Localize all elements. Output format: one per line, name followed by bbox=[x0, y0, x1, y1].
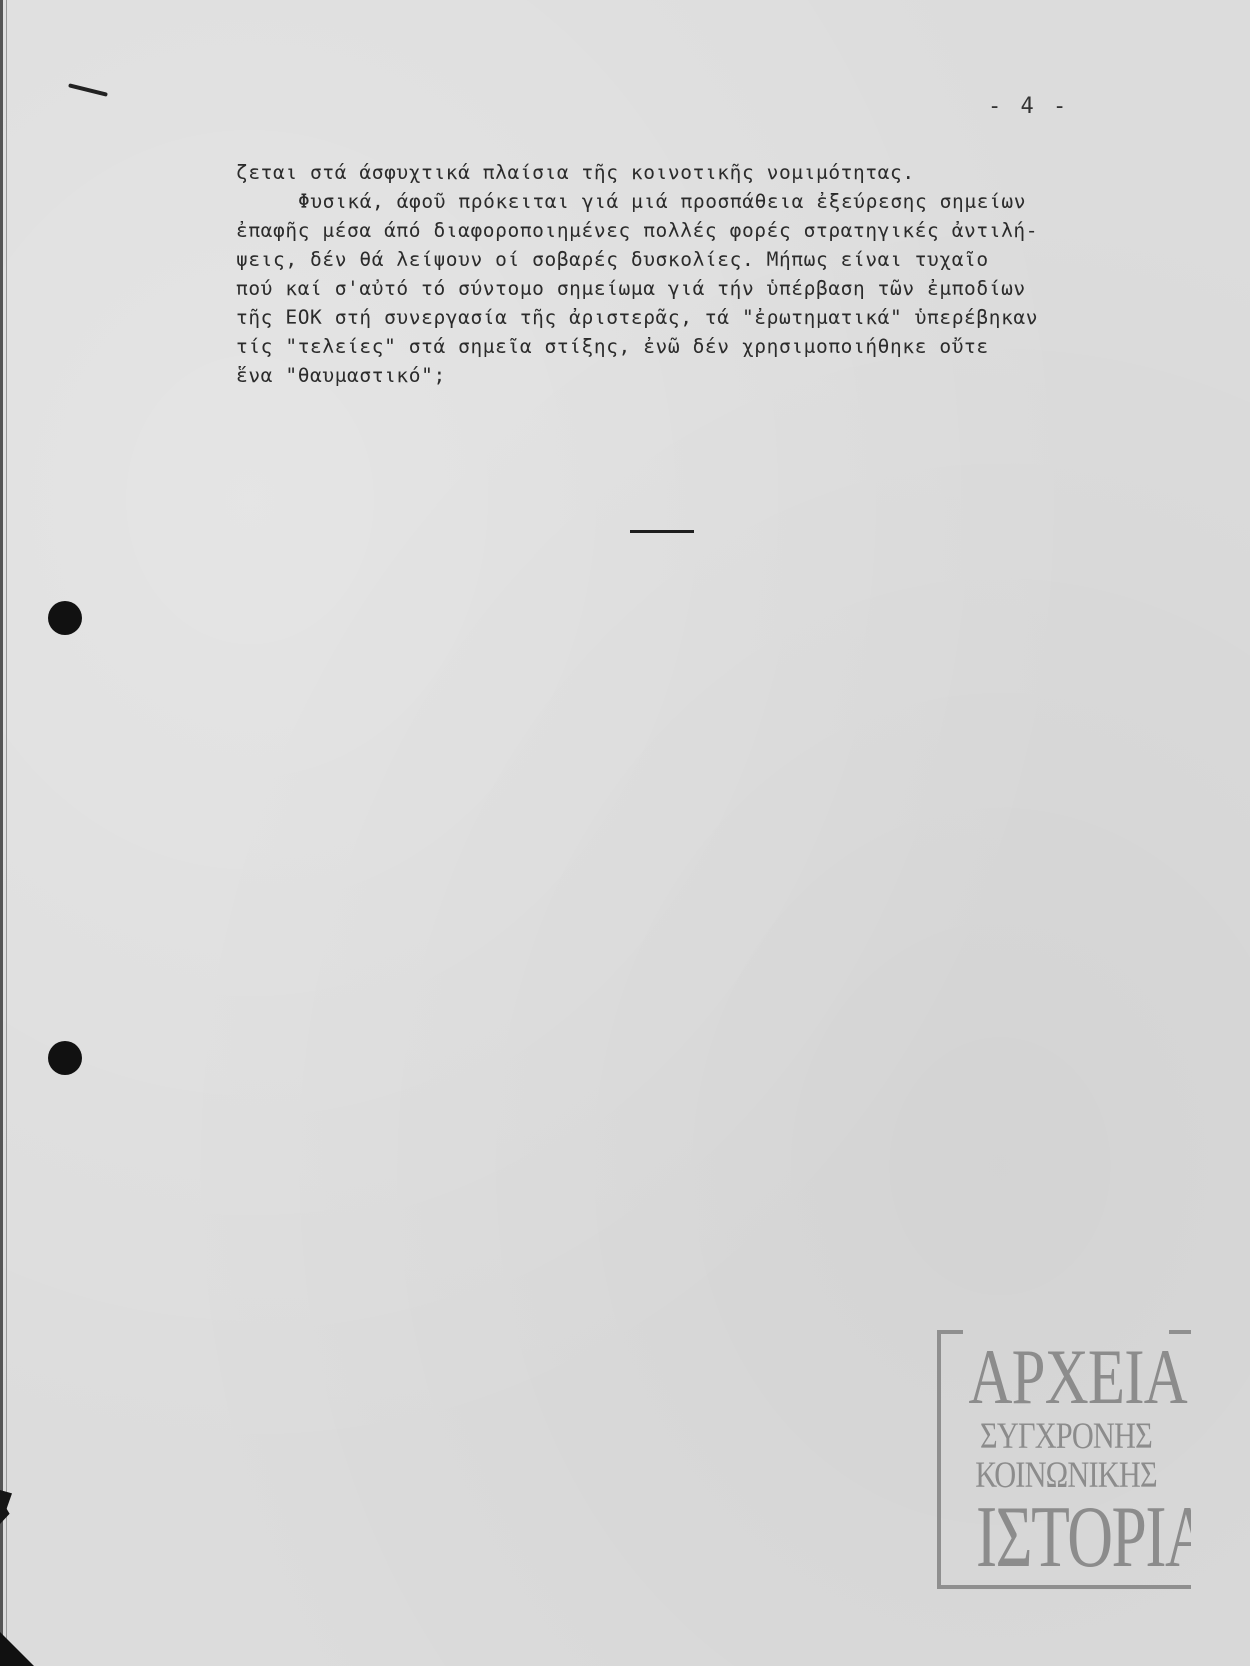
stamp-line: ΙΣΤΟΡΙΑΣ bbox=[976, 1494, 1156, 1582]
text-line: τῆς ΕΟΚ στή συνεργασία τῆς ἀριστερᾶς, τά… bbox=[236, 303, 1216, 332]
scan-left-edge-line bbox=[6, 0, 7, 1666]
text-line: ζεται στά άσφυχτικά πλαίσια τῆς κοινοτικ… bbox=[236, 158, 1216, 187]
text-line: πού καί σ'αὐτό τό σύντομο σημείωμα γιά τ… bbox=[236, 274, 1216, 303]
scan-mark bbox=[68, 83, 108, 97]
text-line: τίς "τελείες" στά σημεῖα στίξης, ἐνῶ δέν… bbox=[236, 332, 1216, 361]
text-line: ἐπαφῆς μέσα άπό διαφοροποιημένες πολλές … bbox=[236, 216, 1216, 245]
page-number: - 4 - bbox=[988, 94, 1069, 119]
paragraph-1: ζεται στά άσφυχτικά πλαίσια τῆς κοινοτικ… bbox=[236, 158, 1216, 187]
stamp-line: ΑΡΧΕΙΑ bbox=[969, 1338, 1164, 1416]
section-separator bbox=[630, 530, 694, 533]
archive-stamp: ΑΡΧΕΙΑ ΣΥΓΧΡΟΝΗΣ ΚΟΙΝΩΝΙΚΗΣ ΙΣΤΟΡΙΑΣ bbox=[937, 1330, 1191, 1589]
scan-left-edge bbox=[0, 0, 3, 1666]
text-line: ἕνα "θαυμαστικό"; bbox=[236, 361, 1216, 390]
text-line: ψεις, δέν θά λείψουν οί σοβαρές δυσκολίε… bbox=[236, 245, 1216, 274]
paragraph-2: Φυσικά, άφοῦ πρόκειται γιά μιά προσπάθει… bbox=[236, 187, 1216, 390]
document-body: ζεται στά άσφυχτικά πλαίσια τῆς κοινοτικ… bbox=[236, 158, 1216, 390]
punch-hole-icon bbox=[48, 1041, 82, 1075]
text-line: Φυσικά, άφοῦ πρόκειται γιά μιά προσπάθει… bbox=[236, 187, 1216, 216]
stamp-line: ΣΥΓΧΡΟΝΗΣ bbox=[964, 1418, 1169, 1455]
punch-hole-icon bbox=[48, 601, 82, 635]
